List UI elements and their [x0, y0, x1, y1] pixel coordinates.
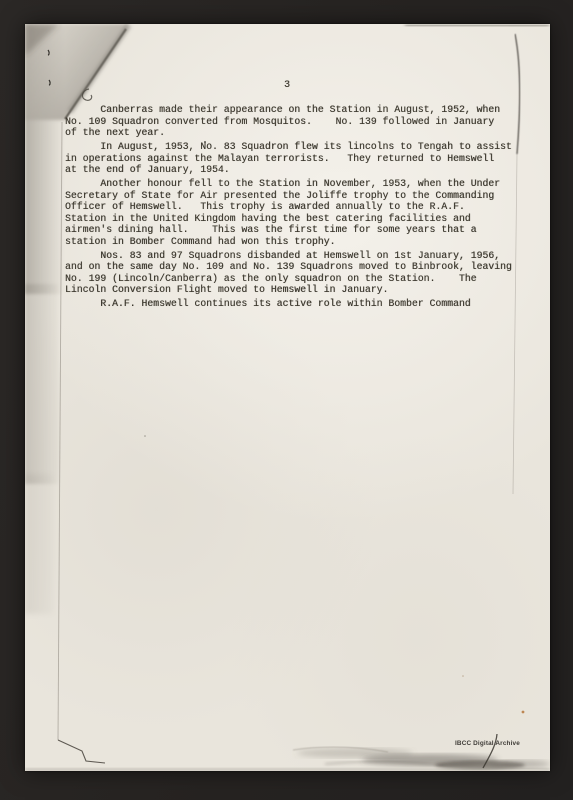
left-edge-shadow	[25, 24, 63, 294]
bottom-crease-line	[58, 740, 105, 763]
rust-speck	[462, 675, 464, 677]
pencil-streak	[293, 747, 388, 752]
fold-crease-shadow	[70, 25, 129, 112]
bottom-smudge	[297, 748, 413, 758]
paragraph: Nos. 83 and 97 Squadrons disbanded at He…	[65, 250, 547, 296]
document-text-block: Canberras made their appearance on the S…	[65, 104, 547, 312]
scan-background: 3 Canberras made their appearance on the…	[0, 0, 573, 800]
margin-mark	[48, 50, 49, 55]
pencil-streak	[325, 761, 445, 766]
paragraph: Canberras made their appearance on the S…	[65, 104, 547, 139]
corner-shadow	[25, 24, 59, 56]
bottom-smudge	[490, 760, 550, 768]
archive-watermark: IBCC Digital Archive	[455, 740, 545, 747]
paragraph: R.A.F. Hemswell continues its active rol…	[65, 298, 547, 310]
bottom-smudge	[435, 761, 525, 770]
document-page: 3 Canberras made their appearance on the…	[25, 24, 550, 771]
rust-speck	[522, 711, 525, 714]
page-number: 3	[279, 80, 295, 91]
vertical-crease-line	[58, 122, 62, 740]
margin-mark	[49, 80, 50, 85]
page-curl-mark	[82, 89, 91, 100]
left-edge-shadow	[25, 284, 58, 484]
paragraph: Another honour fell to the Station in No…	[65, 178, 547, 247]
bottom-edge-shadow	[25, 768, 550, 771]
dust-speck	[144, 435, 146, 437]
bottom-smudge	[362, 754, 498, 766]
top-edge-smudge	[405, 25, 549, 26]
left-edge-shadow	[25, 474, 53, 614]
paragraph: In August, 1953, No. 83 Squadron flew it…	[65, 141, 547, 176]
